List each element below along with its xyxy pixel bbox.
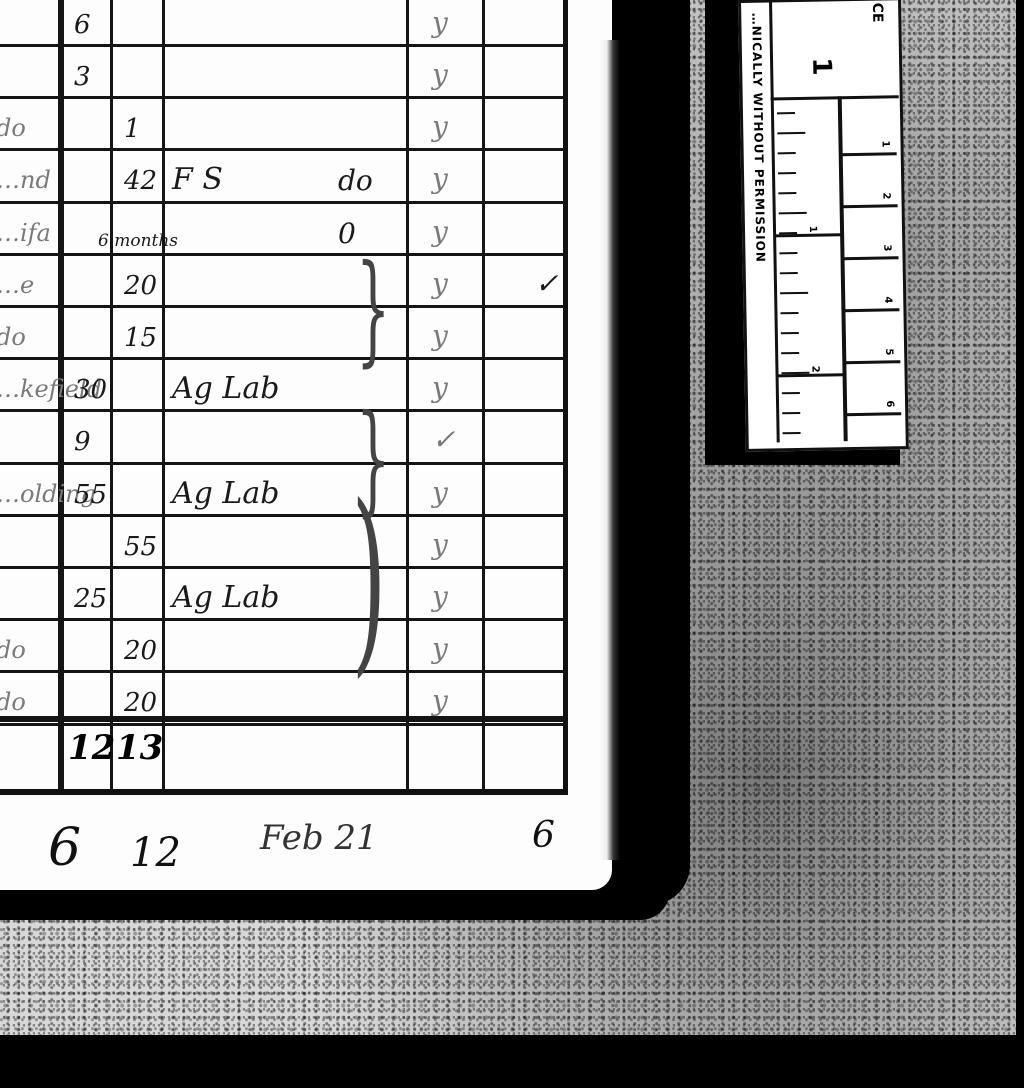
enumerator-mark: 0 <box>338 217 356 250</box>
total-females: 13 <box>116 728 163 768</box>
ledger-row-rule <box>0 514 563 517</box>
ledger-row-rule <box>0 566 563 569</box>
ruler-tick <box>777 132 805 134</box>
ruler-tick <box>777 112 795 114</box>
born-in-county-mark: y <box>432 58 448 91</box>
ruler-tick <box>779 252 797 254</box>
ruler-cm-label: 5 <box>883 348 894 355</box>
age-female: 20 <box>124 688 157 718</box>
paper-edge <box>598 40 620 860</box>
scan-bottom-border <box>0 1035 1024 1088</box>
ledger-column-rule <box>406 0 409 790</box>
age-male: 55 <box>74 480 107 510</box>
household-brace: } <box>356 250 390 370</box>
ruler-tick <box>781 332 799 334</box>
ruler-tick <box>778 192 796 194</box>
ruler-cm-label: 4 <box>882 296 893 303</box>
ruler-tick <box>780 312 798 314</box>
ruler-tick <box>780 272 798 274</box>
ledger-row-rule <box>0 305 563 308</box>
born-in-county-mark: y <box>432 371 448 404</box>
ruler-copyright-caption: …NICALLY WITHOUT PERMISSION <box>749 13 767 263</box>
born-in-county-mark: ✓ <box>432 423 455 456</box>
ruler-cm-line <box>841 152 897 156</box>
total-males: 12 <box>68 728 115 768</box>
born-in-county-mark: y <box>432 632 448 665</box>
born-in-county-mark: y <box>432 162 448 195</box>
born-in-county-mark: y <box>432 684 448 717</box>
ruler-cm-line <box>844 360 900 364</box>
scan-right-border <box>1016 0 1024 1088</box>
ruler-inch-line <box>775 233 841 237</box>
margin-note-left: 6 <box>48 818 81 878</box>
measurement-scale: …NICALLY WITHOUT PERMISSION CE 1 1212345… <box>738 0 909 452</box>
born-in-county-mark: y <box>432 267 448 300</box>
ledger-row-rule <box>0 148 563 151</box>
ledger-row-rule <box>0 201 563 204</box>
ruler-cm-line <box>843 308 899 312</box>
ruler-cm-line <box>845 412 901 416</box>
ruler-inch-label: 2 <box>809 366 820 373</box>
name-fragment: …ifa <box>0 219 51 247</box>
ledger-column-rule <box>482 0 485 790</box>
age-female: 42 <box>124 166 157 196</box>
ledger-column-rule <box>162 0 165 790</box>
ledger-row-rule <box>0 357 563 360</box>
ledger-totals-rule <box>0 716 563 722</box>
ruler-cm-label: 6 <box>884 400 895 407</box>
age-female: 20 <box>124 636 157 666</box>
occupation: Ag Lab <box>172 476 279 511</box>
age-male: 30 <box>74 375 107 405</box>
ledger-row-rule <box>0 618 563 621</box>
household-brace: ) <box>351 480 386 680</box>
ruler-tick <box>779 212 807 214</box>
ruler-cm-line <box>843 256 899 260</box>
age-female: 1 <box>124 114 141 144</box>
born-in-county-mark: y <box>432 110 448 143</box>
ledger-column-rule <box>110 0 113 790</box>
age-female: 15 <box>124 323 157 353</box>
age-female: 6 months <box>98 231 178 251</box>
ruler-cm-line <box>842 204 898 208</box>
margin-note-right: 6 <box>532 815 555 856</box>
age-female: 55 <box>124 532 157 562</box>
margin-note-date: Feb 21 <box>260 818 378 858</box>
ledger-row-rule <box>0 670 563 673</box>
ruler-inch-label: 1 <box>807 226 818 233</box>
born-in-county-mark: y <box>432 319 448 352</box>
age-male: 3 <box>74 62 91 92</box>
ledger-row-rule <box>0 44 563 47</box>
name-fragment: do <box>0 114 26 142</box>
ruler-tick <box>780 292 808 294</box>
ruler-top-caption: CE <box>869 3 885 23</box>
born-in-county-mark: y <box>432 528 448 561</box>
name-fragment: do <box>0 323 26 351</box>
occupation: F S <box>172 162 223 197</box>
ruler-cm-label: 2 <box>880 192 891 199</box>
ruler-tick <box>782 412 800 414</box>
ledger-row-rule <box>0 253 563 256</box>
census-page: 6y3ydo1y…nd42F Sdoy…ifa6 months0y…e20y✓d… <box>0 0 612 890</box>
ruler-tick <box>782 392 800 394</box>
ruler-inch-line <box>778 373 844 377</box>
age-female: 20 <box>124 271 157 301</box>
ruler-cm-label: 3 <box>881 244 892 251</box>
age-male: 25 <box>74 584 107 614</box>
ledger-row-rule <box>0 96 563 99</box>
ledger-row-rule <box>0 723 563 726</box>
foreign-mark: ✓ <box>535 267 558 300</box>
ruler-divider <box>771 95 899 100</box>
ruler-tick <box>783 432 801 434</box>
enumerator-mark: do <box>338 164 373 197</box>
born-in-county-mark: y <box>432 580 448 613</box>
born-in-county-mark: y <box>432 476 448 509</box>
age-male: 9 <box>74 427 91 457</box>
ruler-cm-label: 1 <box>879 140 890 147</box>
ledger-row-rule <box>0 462 563 465</box>
name-fragment: …nd <box>0 166 51 194</box>
age-male: 6 <box>74 10 91 40</box>
name-fragment: do <box>0 688 26 716</box>
ledger-row-rule <box>0 409 563 412</box>
born-in-county-mark: y <box>432 215 448 248</box>
occupation: Ag Lab <box>172 580 279 615</box>
name-fragment: …e <box>0 271 34 299</box>
ruler-tick <box>778 172 796 174</box>
name-fragment: do <box>0 636 26 664</box>
occupation: Ag Lab <box>172 371 279 406</box>
margin-note-middle-left: 12 <box>130 830 181 876</box>
ruler-tick <box>778 152 796 154</box>
ruler-big-number: 1 <box>806 57 836 76</box>
ruler-tick <box>781 352 799 354</box>
born-in-county-mark: y <box>432 6 448 39</box>
ruler-divider <box>838 96 848 441</box>
